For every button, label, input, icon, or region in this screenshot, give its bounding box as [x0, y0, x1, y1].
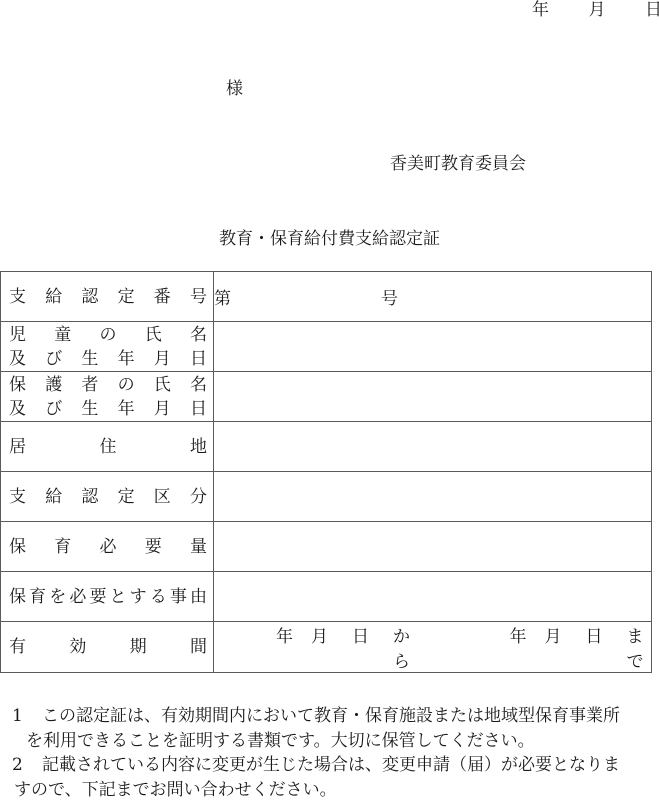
label-char: 児 [9, 323, 26, 347]
label-char: 生 [81, 397, 98, 421]
table-row-certification-number: 支給認定番号第号 [1, 272, 652, 322]
period-from-part: 月 [311, 622, 328, 672]
label-char: 間 [190, 635, 207, 659]
label-char: 要 [89, 585, 106, 609]
label-char: の [100, 323, 117, 347]
label-char: を [49, 585, 66, 609]
label-char: 護 [45, 373, 62, 397]
label-char: 地 [190, 435, 207, 459]
label-char: 支 [9, 285, 26, 309]
label-char: 氏 [145, 323, 162, 347]
document-title: 教育・保育給付費支給認定証 [0, 224, 659, 249]
number-suffix: 号 [381, 284, 398, 309]
note-text-continued: を利用できることを証明する書類です。大切に保管してください。 [12, 729, 659, 754]
row-label: 児童の氏名及び生年月日 [1, 322, 214, 372]
date-year-label: 年 [532, 0, 549, 20]
table-row-residence: 居住地 [1, 422, 652, 472]
label-char: 認 [81, 485, 98, 509]
child-name-birthdate-field[interactable] [214, 322, 652, 372]
period-from-part: 年 [276, 622, 293, 672]
label-char: す [130, 585, 147, 609]
note-text: 記載されている内容に変更が生じた場合は、変更申請（届）が必要となりま [42, 753, 620, 778]
table-row-childcare-amount: 保育必要量 [1, 522, 652, 572]
label-char: 年 [118, 347, 135, 371]
label-char: 日 [190, 347, 207, 371]
label-char: 月 [154, 347, 171, 371]
label-line: 児童の氏名 [9, 323, 207, 347]
certification-number-field[interactable]: 第号 [214, 272, 652, 322]
label-char: 効 [69, 635, 86, 659]
label-line: 居住地 [9, 435, 207, 459]
label-char: の [118, 373, 135, 397]
label-char: 号 [190, 285, 207, 309]
note-number: 1 [12, 704, 42, 729]
notes-section: 1 この認定証は、有効期間内において教育・保育施設または地域型保育事業所 を利用… [12, 704, 659, 801]
label-char: 給 [45, 485, 62, 509]
label-char: 保 [9, 373, 26, 397]
issuer-name: 香美町教育委員会 [390, 149, 526, 174]
label-char: と [110, 585, 127, 609]
childcare-amount-field[interactable] [214, 522, 652, 572]
label-char: 量 [190, 535, 207, 559]
row-label: 保育必要量 [1, 522, 214, 572]
label-char: る [150, 585, 167, 609]
label-char: 分 [190, 485, 207, 509]
label-char: 育 [54, 535, 71, 559]
certificate-table: 支給認定番号第号児童の氏名及び生年月日保護者の氏名及び生年月日居住地支給認定区分… [0, 271, 652, 673]
row-label: 保護者の氏名及び生年月日 [1, 372, 214, 422]
row-label: 支給認定番号 [1, 272, 214, 322]
row-label: 有効期間 [1, 622, 214, 673]
label-char: 者 [81, 373, 98, 397]
label-char: 番 [154, 285, 171, 309]
label-char: 保 [9, 535, 26, 559]
note-2: 2 記載されている内容に変更が生じた場合は、変更申請（届）が必要となりま すので… [12, 753, 659, 801]
validity-period-field[interactable]: 年月日から年月日まで [214, 622, 652, 673]
childcare-reason-field[interactable] [214, 572, 652, 622]
row-label: 保育を必要とする事由 [1, 572, 214, 622]
label-char: 童 [54, 323, 71, 347]
label-char: 由 [190, 585, 207, 609]
table-row-childcare-reason: 保育を必要とする事由 [1, 572, 652, 622]
residence-field[interactable] [214, 422, 652, 472]
label-char: 居 [9, 435, 26, 459]
label-line: 及び生年月日 [9, 347, 207, 371]
label-char: 及 [9, 347, 26, 371]
label-char: 給 [45, 285, 62, 309]
table-row-guardian-name-birthdate: 保護者の氏名及び生年月日 [1, 372, 652, 422]
label-char: 期 [130, 635, 147, 659]
number-prefix: 第 [214, 284, 231, 309]
note-number: 2 [12, 753, 42, 778]
label-char: 名 [190, 323, 207, 347]
label-char: 定 [118, 485, 135, 509]
label-char: 月 [154, 397, 171, 421]
label-char: 名 [190, 373, 207, 397]
label-char: 認 [81, 285, 98, 309]
label-line: 保育を必要とする事由 [9, 585, 207, 609]
label-char: び [45, 397, 62, 421]
label-char: 生 [81, 347, 98, 371]
label-char: 必 [69, 585, 86, 609]
table-row-validity-period: 有効期間年月日から年月日まで [1, 622, 652, 673]
note-text-continued: すので、下記までお問い合わせください。 [12, 778, 659, 801]
label-char: 保 [9, 585, 26, 609]
label-char: 年 [118, 397, 135, 421]
table-row-child-name-birthdate: 児童の氏名及び生年月日 [1, 322, 652, 372]
row-label: 支給認定区分 [1, 472, 214, 522]
label-char: 区 [154, 485, 171, 509]
label-char: 氏 [154, 373, 171, 397]
label-line: 及び生年月日 [9, 397, 207, 421]
date-day-label: 日 [645, 0, 659, 20]
label-char: 支 [9, 485, 26, 509]
table-row-certification-category: 支給認定区分 [1, 472, 652, 522]
label-char: 及 [9, 397, 26, 421]
label-char: び [45, 347, 62, 371]
label-char: 有 [9, 635, 26, 659]
label-char: 事 [170, 585, 187, 609]
date-month-label: 月 [589, 0, 606, 20]
label-char: 要 [145, 535, 162, 559]
recipient-honorific: 様 [226, 74, 243, 99]
label-line: 有効期間 [9, 635, 207, 659]
period-to-part: 年 [510, 622, 527, 672]
label-line: 支給認定区分 [9, 485, 207, 509]
label-char: 日 [190, 397, 207, 421]
label-char: 住 [100, 435, 117, 459]
issue-date-line: 年 月 日 [532, 0, 659, 20]
label-line: 保育必要量 [9, 535, 207, 559]
label-line: 保護者の氏名 [9, 373, 207, 397]
period-from-part: 日 [352, 622, 369, 672]
period-to-part: 日 [586, 622, 603, 672]
certification-category-field[interactable] [214, 472, 652, 522]
note-text: この認定証は、有効期間内において教育・保育施設または地域型保育事業所 [42, 704, 620, 729]
note-1: 1 この認定証は、有効期間内において教育・保育施設または地域型保育事業所 を利用… [12, 704, 659, 753]
row-label: 居住地 [1, 422, 214, 472]
label-char: 定 [118, 285, 135, 309]
period-to-part: まで [627, 622, 652, 672]
label-line: 支給認定番号 [9, 285, 207, 309]
guardian-name-birthdate-field[interactable] [214, 372, 652, 422]
label-char: 育 [29, 585, 46, 609]
period-to-part: 月 [545, 622, 562, 672]
label-char: 必 [100, 535, 117, 559]
period-from-part: から [393, 622, 418, 672]
